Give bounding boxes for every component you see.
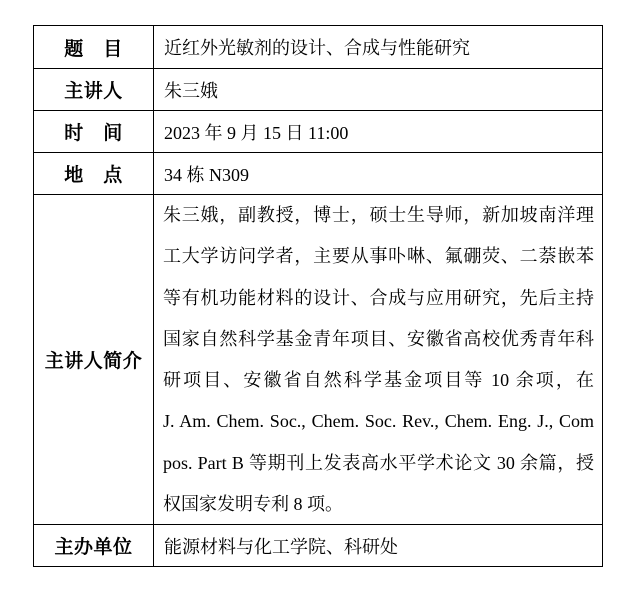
bio-line: J. Am. Chem. Soc., Chem. Soc. Rev., Chem…	[163, 401, 594, 442]
bio-line: 朱三娥，副教授，博士，硕士生导师，新加坡南洋理	[163, 195, 594, 236]
title-label: 题 目	[34, 26, 154, 68]
row-speaker-bio: 主讲人简介 朱三娥，副教授，博士，硕士生导师，新加坡南洋理 工大学访问学者，主要…	[34, 194, 602, 524]
location-value: 34 栋 N309	[154, 153, 602, 194]
time-label: 时 间	[34, 111, 154, 152]
speaker-value: 朱三娥	[154, 69, 602, 110]
speaker-bio-value: 朱三娥，副教授，博士，硕士生导师，新加坡南洋理 工大学访问学者，主要从事卟啉、氟…	[154, 195, 602, 524]
bio-line: 国家自然科学基金青年项目、安徽省高校优秀青年科	[163, 319, 594, 360]
row-organizer: 主办单位 能源材料与化工学院、科研处	[34, 524, 602, 566]
row-time: 时 间 2023 年 9 月 15 日 11:00	[34, 110, 602, 152]
page-background: 题 目 近红外光敏剂的设计、合成与性能研究 主讲人 朱三娥 时 间 2023 年…	[0, 0, 635, 599]
location-label: 地 点	[34, 153, 154, 194]
bio-line: 工大学访问学者，主要从事卟啉、氟硼荧、二萘嵌苯	[163, 236, 594, 277]
bio-line: 研项目、安徽省自然科学基金项目等 10 余项，在	[163, 360, 594, 401]
time-value: 2023 年 9 月 15 日 11:00	[154, 111, 602, 152]
seminar-info-table: 题 目 近红外光敏剂的设计、合成与性能研究 主讲人 朱三娥 时 间 2023 年…	[33, 25, 603, 567]
bio-line: 权国家发明专利 8 项。	[163, 484, 594, 524]
row-speaker: 主讲人 朱三娥	[34, 68, 602, 110]
speaker-label: 主讲人	[34, 69, 154, 110]
organizer-value: 能源材料与化工学院、科研处	[154, 525, 602, 566]
title-value: 近红外光敏剂的设计、合成与性能研究	[154, 26, 602, 68]
organizer-label: 主办单位	[34, 525, 154, 566]
row-title: 题 目 近红外光敏剂的设计、合成与性能研究	[34, 26, 602, 68]
row-location: 地 点 34 栋 N309	[34, 152, 602, 194]
bio-line: 等有机功能材料的设计、合成与应用研究，先后主持	[163, 278, 594, 319]
speaker-bio-label: 主讲人简介	[34, 195, 154, 524]
bio-line: pos. Part B 等期刊上发表高水平学术论文 30 余篇，授	[163, 443, 594, 484]
